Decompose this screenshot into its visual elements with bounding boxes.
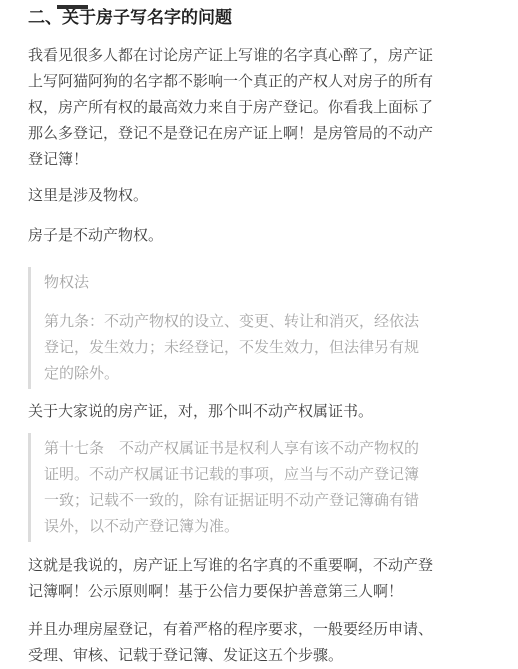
paragraph-intro: 我看见很多人都在讨论房产证上写谁的名字真心醉了，房产证 上写阿猫阿狗的名字都不影… [28, 43, 438, 173]
paragraph-certificate-name: 关于大家说的房产证，对，那个叫不动产权属证书。 [28, 399, 438, 425]
blockquote-property-law: 物权法 第九条：不动产物权的设立、变更、转让和消灭，经依法 登记，发生效力；未经… [28, 267, 438, 389]
paragraph-property-rights: 这里是涉及物权。 [28, 183, 438, 209]
quote-article-9: 第九条：不动产物权的设立、变更、转让和消灭，经依法 登记，发生效力；未经登记，不… [44, 309, 438, 387]
paragraph-house-immovable: 房子是不动产物权。 [28, 223, 438, 249]
cropped-content-fragment [57, 5, 88, 9]
blockquote-article-17: 第十七条 不动产权属证书是权利人享有该不动产物权的 证明。不动产权属证书记载的事… [28, 433, 438, 542]
paragraph-registration-procedure: 并且办理房屋登记，有着严格的程序要求，一般要经历申请、 受理、审核、记载于登记簿… [28, 617, 438, 669]
quote-article-17: 第十七条 不动产权属证书是权利人享有该不动产物权的 证明。不动产权属证书记载的事… [44, 436, 438, 540]
quote-source-label: 物权法 [44, 270, 438, 296]
paragraph-conclusion: 这就是我说的，房产证上写谁的名字真的不重要啊，不动产登 记簿啊！公示原则啊！基于… [28, 553, 438, 605]
article-page: 二、关于房子写名字的问题 我看见很多人都在讨论房产证上写谁的名字真心醉了，房产证… [0, 5, 518, 669]
section-heading: 二、关于房子写名字的问题 [28, 5, 438, 31]
article-content: 二、关于房子写名字的问题 我看见很多人都在讨论房产证上写谁的名字真心醉了，房产证… [0, 5, 518, 669]
